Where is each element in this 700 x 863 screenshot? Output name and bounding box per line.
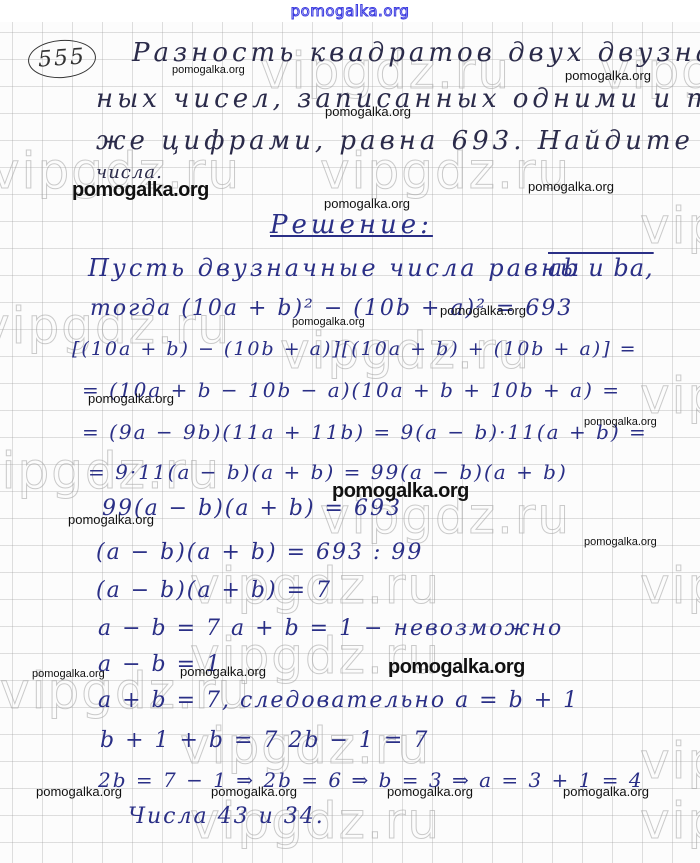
solution-intro-vars: ab и ba, bbox=[548, 254, 654, 282]
problem-line: же цифрами, равна 693. Найдите эти bbox=[96, 126, 700, 156]
solution-line: [(10a + b) − (10b + a)][(10a + b) + (10b… bbox=[72, 338, 638, 360]
solution-line: (a − b)(a + b) = 693 : 99 bbox=[96, 540, 423, 565]
overlay-watermark: pomogalka.org bbox=[36, 784, 122, 799]
solution-line: = (9a − 9b)(11a + 11b) = 9(a − b)·11(a +… bbox=[82, 420, 648, 444]
solution-line: b + 1 + b = 7 2b − 1 = 7 bbox=[100, 728, 429, 753]
background-watermark: vipgdz.ru bbox=[640, 557, 700, 615]
overlay-watermark: pomogalka.org bbox=[584, 416, 657, 428]
background-watermark: vipgdz.ru bbox=[640, 197, 700, 255]
background-watermark: vipgdz.ru bbox=[640, 792, 700, 850]
overlay-watermark: pomogalka.org bbox=[88, 391, 174, 406]
solution-line: (a − b)(a + b) = 7 bbox=[96, 578, 332, 603]
solution-line: 2b = 7 − 1 ⇒ 2b = 6 ⇒ b = 3 ⇒ a = 3 + 1 … bbox=[98, 768, 644, 792]
solution-heading: Решение: bbox=[270, 210, 433, 240]
overlay-watermark: pomogalka.org bbox=[32, 668, 105, 680]
overlay-watermark: pomogalka.org bbox=[584, 536, 657, 548]
solution-line: = 9·11(a − b)(a + b) = 99(a − b)(a + b) bbox=[88, 460, 568, 484]
overlay-watermark: pomogalka.org bbox=[528, 179, 614, 194]
overlay-watermark: pomogalka.org bbox=[332, 480, 469, 503]
overlay-watermark: pomogalka.org bbox=[72, 179, 209, 202]
overlay-watermark: pomogalka.org bbox=[563, 784, 649, 799]
overlay-watermark: pomogalka.org bbox=[440, 303, 526, 318]
overlay-watermark: pomogalka.org bbox=[172, 64, 245, 76]
overlay-watermark: pomogalka.org bbox=[180, 664, 266, 679]
overlay-watermark: pomogalka.org bbox=[211, 784, 297, 799]
solution-line: a + b = 7, следовательно a = b + 1 bbox=[98, 688, 579, 713]
overlay-watermark: pomogalka.org bbox=[324, 196, 410, 211]
background-watermark: vipgdz.ru bbox=[640, 732, 700, 790]
overlay-watermark: pomogalka.org bbox=[292, 316, 365, 328]
overlay-watermark: pomogalka.org bbox=[325, 104, 411, 119]
solution-answer: Числа 43 и 34. bbox=[128, 804, 325, 829]
overlay-watermark: pomogalka.org bbox=[387, 784, 473, 799]
overlay-watermark: pomogalka.org bbox=[68, 512, 154, 527]
overlay-watermark: pomogalka.org bbox=[388, 656, 525, 679]
overlay-watermark: pomogalka.org bbox=[565, 68, 651, 83]
solution-intro: Пусть двузначные числа равны bbox=[88, 254, 582, 282]
solution-line: a − b = 7 a + b = 1 − невозможно bbox=[98, 616, 563, 641]
site-watermark-top[interactable]: pomogalka.org bbox=[0, 2, 700, 20]
